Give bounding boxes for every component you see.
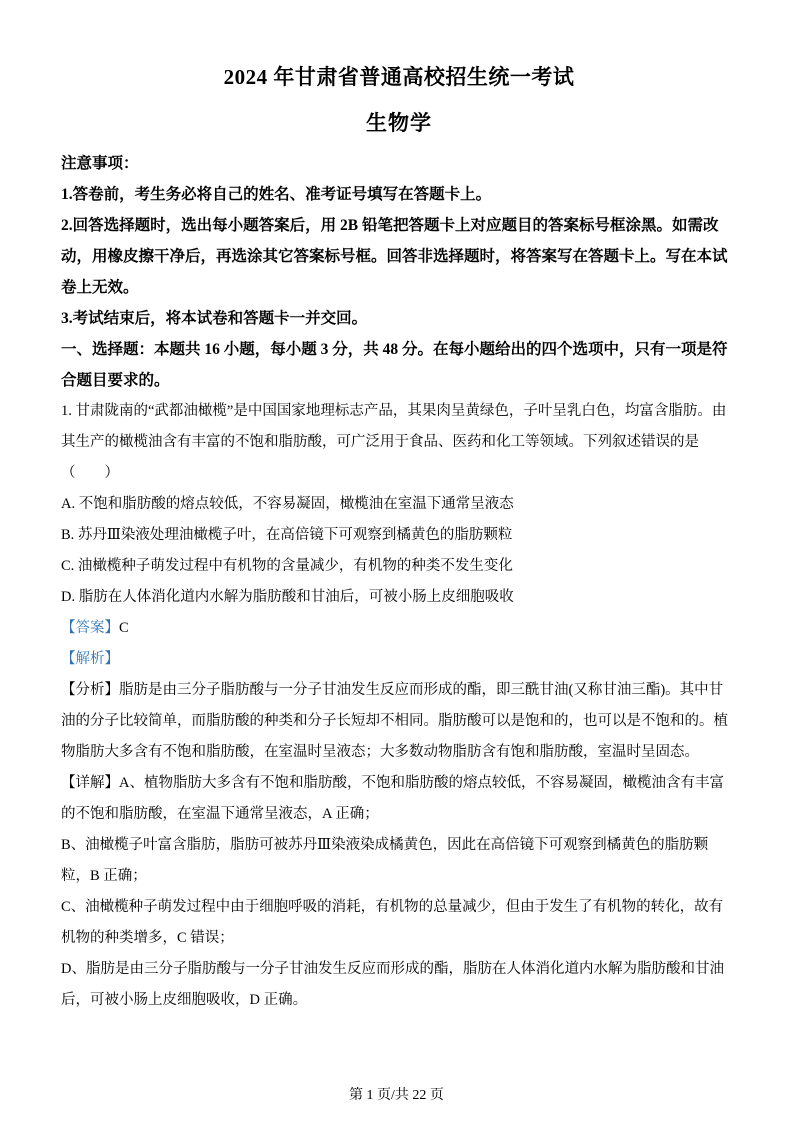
exam-paper-page: 2024 年甘肃省普通高校招生统一考试 生物学 注意事项： 1.答卷前，考生务必… <box>0 0 793 1122</box>
question-1-option-b: B. 苏丹Ⅲ染液处理油橄榄子叶，在高倍镜下可观察到橘黄色的脂肪颗粒 <box>61 520 737 551</box>
question-1-option-d: D. 脂肪在人体消化道内水解为脂肪酸和甘油后，可被小肠上皮细胞吸收 <box>61 582 737 613</box>
notice-item-2: 2.回答选择题时，选出每小题答案后，用 2B 铅笔把答题卡上对应题目的答案标号框… <box>61 210 737 303</box>
exam-title: 2024 年甘肃省普通高校招生统一考试 <box>61 62 737 92</box>
analysis-tag: 【分析】 <box>61 682 119 698</box>
detail-tag: 【详解】 <box>61 775 119 791</box>
question-1-option-c: C. 油橄榄种子萌发过程中有机物的含量减少，有机物的种类不发生变化 <box>61 551 737 582</box>
notice-item-3: 3.考试结束后，将本试卷和答题卡一并交回。 <box>61 303 737 334</box>
answer-label: 【答案】 <box>61 620 119 636</box>
detail-paragraph-a: 【详解】A、植物脂肪大多含有不饱和脂肪酸，不饱和脂肪酸的熔点较低，不容易凝固，橄… <box>61 768 737 830</box>
analysis-paragraph: 【分析】脂肪是由三分子脂肪酸与一分子甘油发生反应而形成的酯，即三酰甘油(又称甘油… <box>61 675 737 768</box>
question-1-option-a: A. 不饱和脂肪酸的熔点较低，不容易凝固，橄榄油在室温下通常呈液态 <box>61 489 737 520</box>
answer-line: 【答案】C <box>61 613 737 644</box>
page-number-footer: 第 1 页/共 22 页 <box>0 1080 793 1111</box>
notice-item-1: 1.答卷前，考生务必将自己的姓名、准考证号填写在答题卡上。 <box>61 179 737 210</box>
analysis-label: 【解析】 <box>61 651 119 667</box>
question-1-stem: 1. 甘肃陇南的“武都油橄榄”是中国国家地理标志产品，其果肉呈黄绿色，子叶呈乳白… <box>61 396 737 458</box>
page-content: 2024 年甘肃省普通高校招生统一考试 生物学 注意事项： 1.答卷前，考生务必… <box>0 0 793 1016</box>
analysis-label-line: 【解析】 <box>61 644 737 675</box>
exam-subject: 生物学 <box>61 108 737 138</box>
notice-heading: 注意事项： <box>61 148 737 179</box>
section-heading: 一、选择题：本题共 16 小题，每小题 3 分，共 48 分。在每小题给出的四个… <box>61 334 737 396</box>
detail-text-a: A、植物脂肪大多含有不饱和脂肪酸，不饱和脂肪酸的熔点较低，不容易凝固，橄榄油含有… <box>61 775 724 822</box>
question-1-answer-bracket: （ ） <box>61 458 737 489</box>
analysis-text: 脂肪是由三分子脂肪酸与一分子甘油发生反应而形成的酯，即三酰甘油(又称甘油三酯)。… <box>61 682 728 760</box>
detail-paragraph-d: D、脂肪是由三分子脂肪酸与一分子甘油发生反应而形成的酯，脂肪在人体消化道内水解为… <box>61 954 737 1016</box>
answer-value: C <box>119 620 129 636</box>
document-body: 注意事项： 1.答卷前，考生务必将自己的姓名、准考证号填写在答题卡上。 2.回答… <box>61 148 737 1016</box>
detail-paragraph-b: B、油橄榄子叶富含脂肪，脂肪可被苏丹Ⅲ染液染成橘黄色，因此在高倍镜下可观察到橘黄… <box>61 830 737 892</box>
detail-paragraph-c: C、油橄榄种子萌发过程中由于细胞呼吸的消耗，有机物的总量减少，但由于发生了有机物… <box>61 892 737 954</box>
